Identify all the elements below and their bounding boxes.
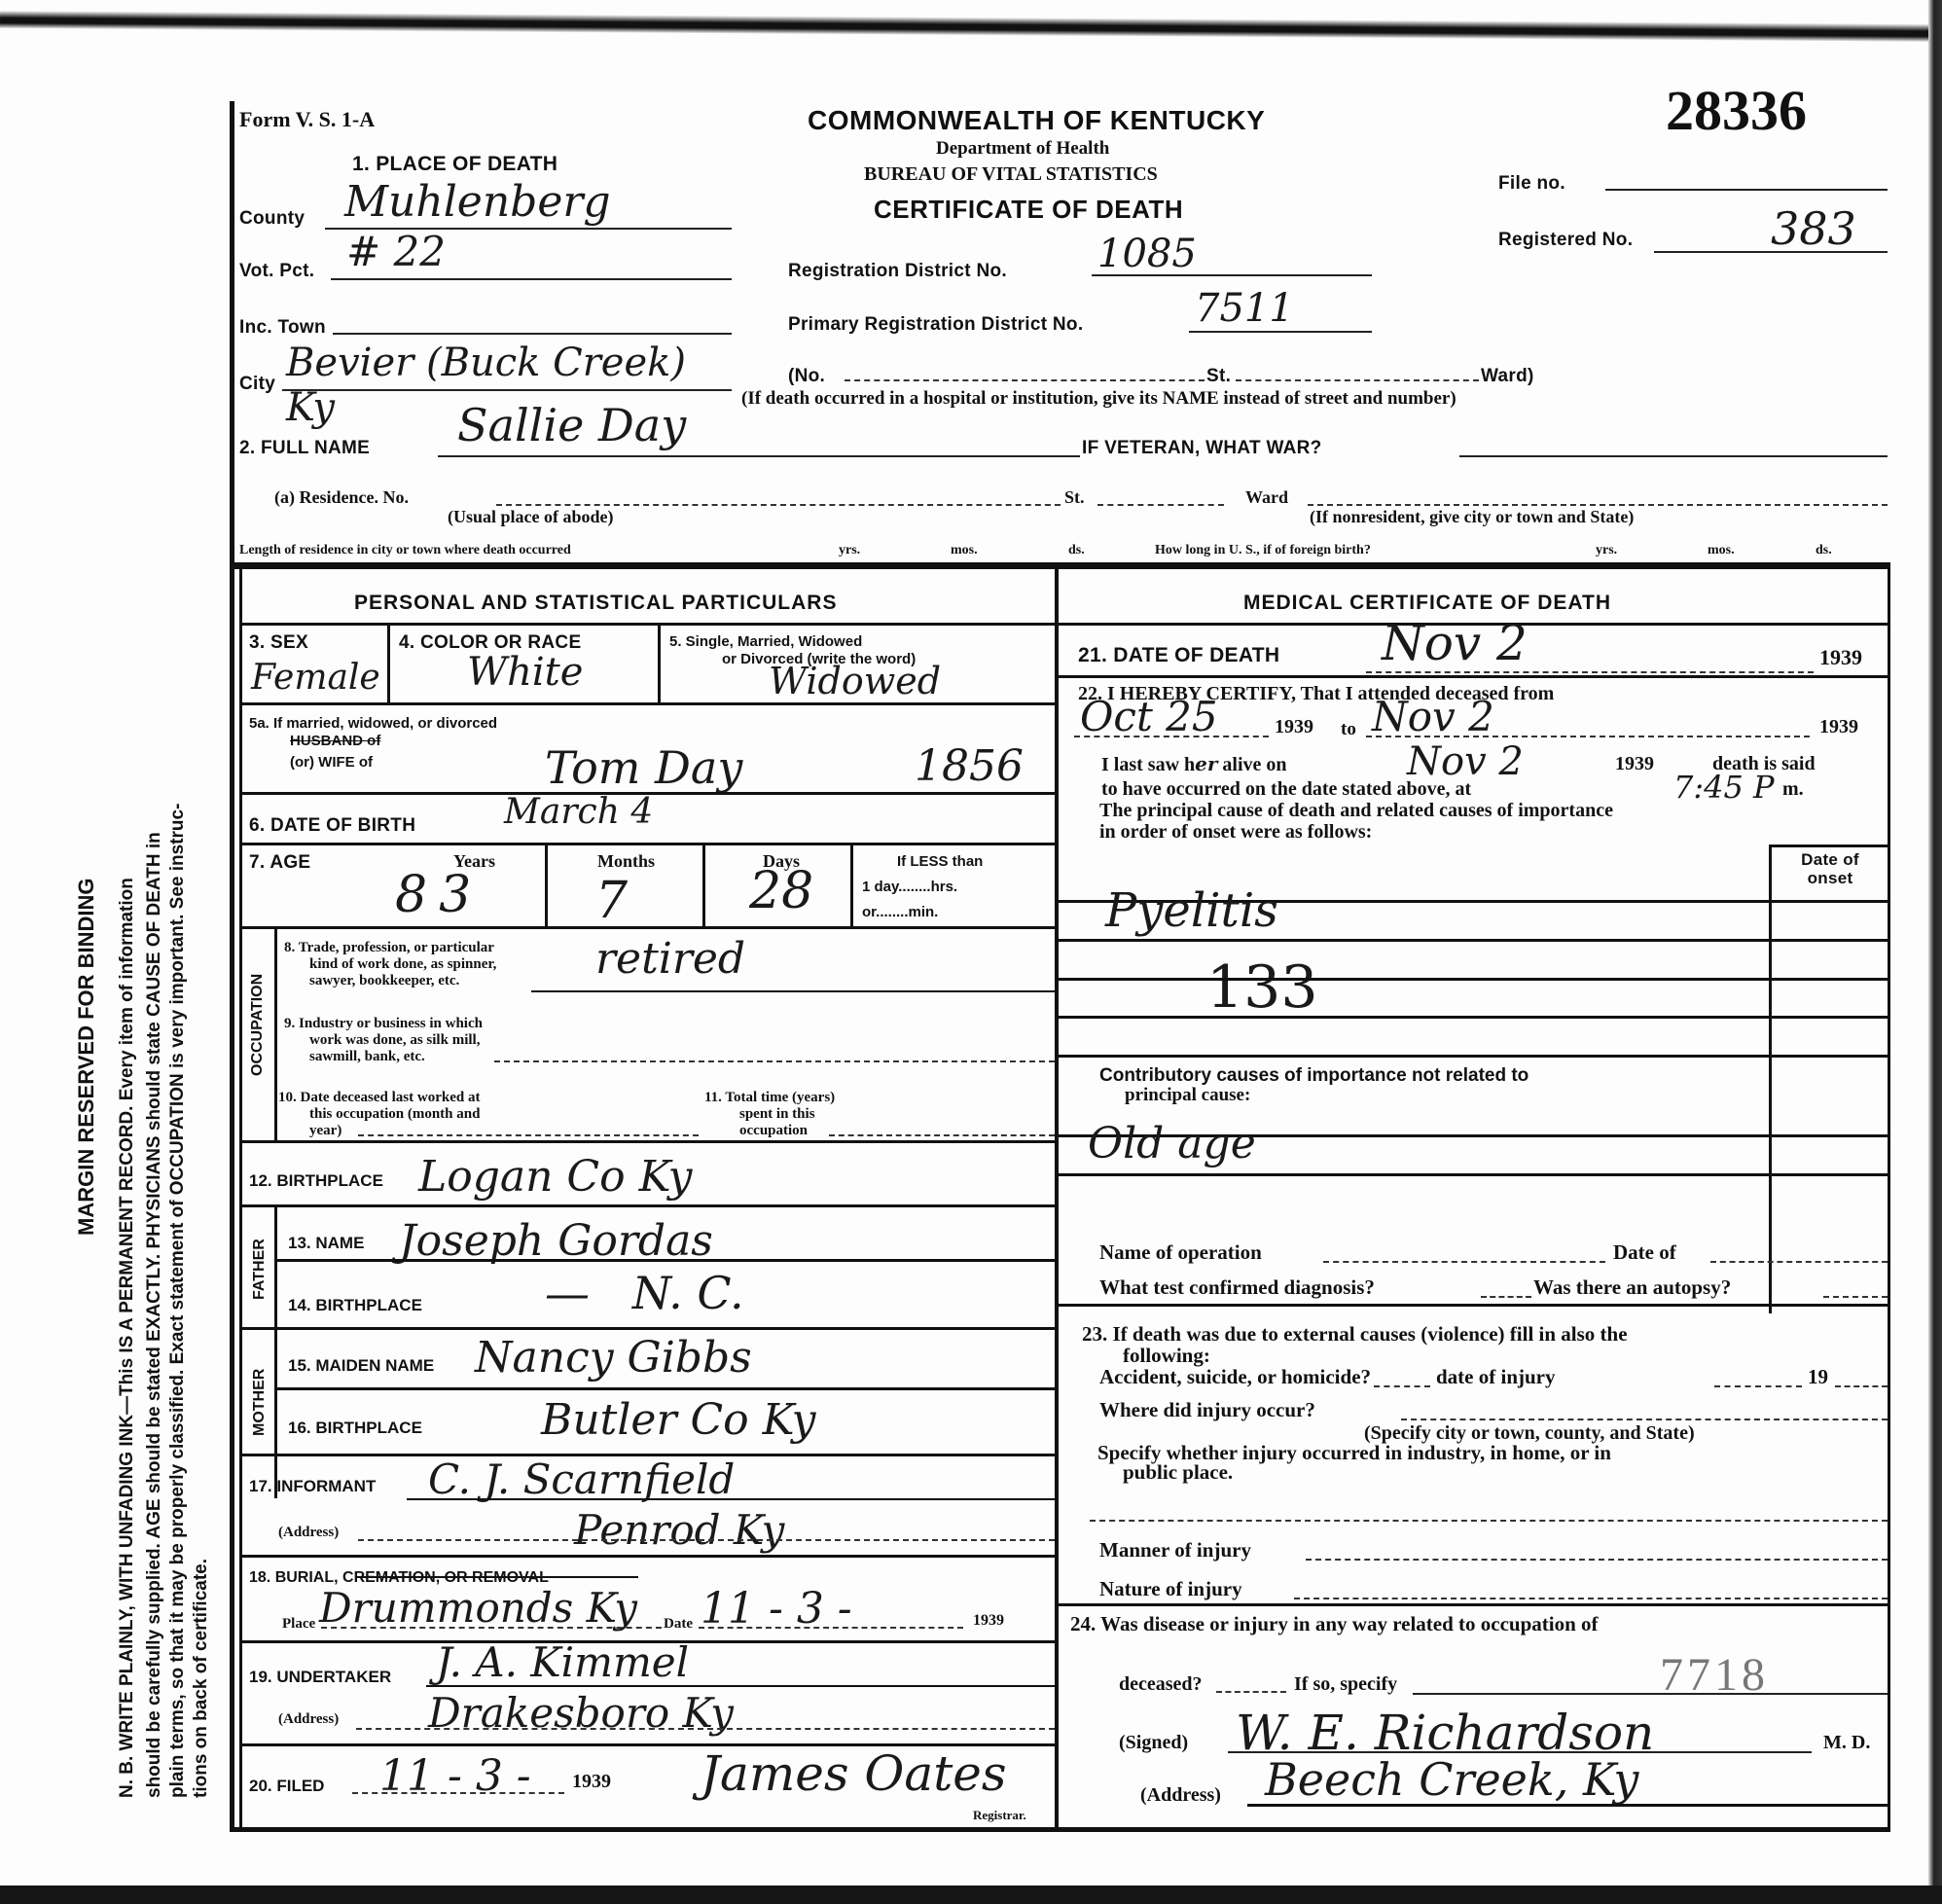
industry-label-2: work was done, as silk mill, — [309, 1032, 480, 1048]
accident-field[interactable] — [1374, 1385, 1430, 1387]
margin-binding-note: MARGIN RESERVED FOR BINDING — [74, 878, 99, 1236]
marital-label-1: 5. Single, Married, Widowed — [669, 632, 862, 651]
physician-address-label: (Address) — [1140, 1786, 1221, 1805]
state-title: COMMONWEALTH OF KENTUCKY — [808, 105, 1265, 136]
cause-intro-2: in order of onset were as follows: — [1099, 823, 1372, 842]
scan-edge-bottom — [0, 1886, 1942, 1904]
external-causes-label-2: following: — [1123, 1347, 1210, 1365]
date-of-death-year[interactable]: 1939 — [1819, 648, 1862, 666]
rule-trade — [531, 990, 1055, 992]
age-days-value[interactable]: 28 — [749, 862, 813, 920]
burial-place-label: Place — [282, 1615, 315, 1634]
filed-label: 20. FILED — [249, 1777, 324, 1795]
specify-injury-label-2: public place. — [1123, 1463, 1233, 1482]
time-of-death-value[interactable]: 7:45 P — [1673, 769, 1775, 806]
injury-year-prefix: 19 — [1808, 1368, 1828, 1386]
total-time-label-1: 11. Total time (years) — [704, 1090, 835, 1105]
rule-undertaker — [426, 1685, 1055, 1687]
rule-occupation-bottom — [239, 1140, 1055, 1143]
last-saw-alive-on: alive on — [1222, 754, 1286, 775]
occupation-related-label-1: 24. Was disease or injury in any way rel… — [1070, 1615, 1599, 1634]
rule-sex-race — [387, 623, 390, 704]
rule-row-13 — [274, 1259, 1055, 1262]
filed-date-line — [352, 1792, 564, 1794]
undertaker-value[interactable]: J. A. Kimmel — [436, 1638, 689, 1686]
injury-date-label: date of injury — [1436, 1368, 1556, 1386]
street-number-field[interactable] — [845, 379, 1205, 381]
total-time-field[interactable] — [829, 1134, 1055, 1136]
rule-row-3 — [239, 702, 1055, 705]
last-saw-prefix: I last saw h — [1101, 754, 1195, 775]
operation-field[interactable] — [1323, 1261, 1605, 1263]
spouse-label-3: (or) WIFE of — [290, 753, 373, 772]
nature-of-injury-label: Nature of injury — [1099, 1580, 1242, 1599]
attended-from-line — [1074, 736, 1269, 737]
test-confirmed-field[interactable] — [1481, 1296, 1531, 1298]
stamp-number: 28336 — [1666, 78, 1807, 143]
registration-district-label: Registration District No. — [788, 261, 1007, 282]
file-no-label: File no. — [1498, 173, 1565, 195]
signed-label: (Signed) — [1119, 1734, 1188, 1752]
less-than-label-1: If LESS than — [897, 852, 983, 871]
registrar-label: Registrar. — [973, 1806, 1026, 1824]
informant-label: 17. INFORMANT — [249, 1477, 376, 1495]
sex-label: 3. SEX — [249, 632, 308, 654]
undertaker-address-label: (Address) — [278, 1710, 339, 1729]
attended-to-year[interactable]: 1939 — [1819, 718, 1858, 736]
months-label: Months — [597, 852, 655, 871]
spouse-label-2: HUSBAND of — [290, 732, 380, 750]
rule-row-14 — [239, 1327, 1055, 1330]
contributory-label-1: Contributory causes of importance not re… — [1099, 1066, 1528, 1085]
rule-race-marital — [658, 623, 661, 704]
cause-line-2 — [1058, 939, 1888, 942]
ward-label: Ward) — [1481, 366, 1534, 387]
margin-instructions-line-2: should be carefully supplied. AGE should… — [144, 832, 165, 1798]
contributory-value[interactable]: Old age — [1088, 1119, 1256, 1168]
contributory-label-2: principal cause: — [1125, 1086, 1250, 1104]
bureau-name: BUREAU OF VITAL STATISTICS — [864, 163, 1158, 186]
physician-address-value[interactable]: Beech Creek, Ky — [1265, 1753, 1638, 1806]
rule-row-23 — [1058, 1603, 1888, 1606]
marital-value[interactable]: Widowed — [769, 660, 941, 702]
cause-code-value[interactable]: 133 — [1206, 953, 1318, 1022]
filed-year-value[interactable]: 1939 — [572, 1773, 611, 1791]
margin-instructions-line-1: N. B. WRITE PLAINLY, WITH UNFADING INK—T… — [117, 878, 138, 1798]
rule-row-22 — [1058, 1304, 1888, 1307]
margin-instructions-line-3: plain terms, so that it may be properly … — [167, 804, 189, 1798]
md-label: M. D. — [1823, 1734, 1870, 1752]
frame-left-outer — [230, 101, 234, 1831]
medical-section-title: MEDICAL CERTIFICATE OF DEATH — [1243, 592, 1611, 615]
manner-of-injury-field[interactable] — [1306, 1559, 1888, 1561]
industry-label-3: sawmill, bank, etc. — [309, 1049, 425, 1064]
total-time-label-3: occupation — [739, 1123, 808, 1138]
father-birthplace-label: 14. BIRTHPLACE — [288, 1296, 422, 1314]
occupation-related-field[interactable] — [1216, 1691, 1286, 1693]
trade-label-2: kind of work done, as spinner, — [309, 956, 496, 972]
incorporated-town-field[interactable] — [333, 315, 732, 335]
date-of-birth-label: 6. DATE OF BIRTH — [249, 815, 415, 837]
rule-row-6 — [239, 843, 1055, 845]
certificate-title: CERTIFICATE OF DEATH — [874, 195, 1183, 225]
main-table-top-rule — [230, 562, 1890, 569]
us-yrs-label: yrs. — [1596, 541, 1617, 559]
center-divider — [1055, 564, 1059, 1829]
occupation-side-label: OCCUPATION — [249, 974, 267, 1076]
nonresident-note: (If nonresident, give city or town and S… — [1310, 508, 1634, 526]
county-label: County — [239, 208, 305, 230]
total-time-label-2: spent in this — [739, 1106, 815, 1122]
attended-from-year[interactable]: 1939 — [1275, 718, 1313, 736]
street-field[interactable] — [1236, 379, 1479, 381]
age-label: 7. AGE — [249, 852, 310, 874]
veteran-label: IF VETERAN, WHAT WAR? — [1082, 438, 1322, 459]
last-saw-pronoun[interactable]: er — [1195, 752, 1217, 775]
occurred-label: to have occurred on the date stated abov… — [1101, 780, 1471, 799]
principal-cause-value[interactable]: Pyelitis — [1105, 883, 1278, 938]
county-field[interactable]: Muhlenberg — [325, 181, 732, 230]
rule-months-days — [702, 843, 705, 928]
father-birthplace-value[interactable]: — N. C. — [545, 1267, 744, 1319]
burial-place-line — [321, 1627, 662, 1629]
operation-label: Name of operation — [1099, 1243, 1262, 1262]
where-injury-label: Where did injury occur? — [1099, 1401, 1315, 1419]
cause-line-3 — [1058, 978, 1888, 981]
rule-years-months — [545, 843, 548, 928]
full-name-label: 2. FULL NAME — [239, 438, 370, 459]
father-name-label: 13. NAME — [288, 1234, 364, 1252]
frame-right — [1888, 564, 1890, 1831]
if-so-specify-label: If so, specify — [1294, 1675, 1397, 1694]
rule-row-7 — [239, 926, 1055, 929]
residence-label: (a) Residence. No. — [274, 488, 409, 507]
personal-section-title: PERSONAL AND STATISTICAL PARTICULARS — [354, 592, 837, 615]
veteran-field[interactable] — [1459, 455, 1888, 457]
trade-value[interactable]: retired — [595, 934, 745, 984]
operation-date-label: Date of — [1613, 1243, 1676, 1262]
age-years-value[interactable]: 83 — [395, 866, 483, 924]
code-stamp: 7718 — [1660, 1648, 1769, 1702]
mother-birthplace-label: 16. BIRTHPLACE — [288, 1419, 422, 1437]
incorporated-town-label: Inc. Town — [239, 317, 326, 339]
residence-sublabel: (Usual place of abode) — [448, 508, 614, 526]
us-mos-label: mos. — [1708, 541, 1735, 559]
injury-date-field[interactable] — [1714, 1385, 1802, 1387]
contributory-line-2 — [1058, 1173, 1888, 1176]
place-of-death-section-label: 1. PLACE OF DEATH — [352, 153, 557, 176]
cause-line-5 — [1058, 1055, 1888, 1058]
rule-days-less — [850, 843, 853, 928]
informant-address-label: (Address) — [278, 1524, 339, 1542]
burial-date-label: Date — [664, 1615, 693, 1634]
informant-address-line — [358, 1539, 1055, 1541]
registered-no-field[interactable]: 383 — [1654, 202, 1888, 253]
scan-edge-top — [0, 11, 1942, 42]
occupation-related-label-2: deceased? — [1119, 1675, 1203, 1694]
nature-of-injury-field[interactable] — [1294, 1598, 1888, 1599]
where-injury-field[interactable] — [1401, 1419, 1888, 1420]
industry-label-1: 9. Industry or business in which — [284, 1016, 483, 1031]
date-of-death-value[interactable]: Nov 2 — [1382, 615, 1528, 671]
mother-name-label: 15. MAIDEN NAME — [288, 1356, 434, 1375]
residence-ward-field[interactable] — [1308, 504, 1888, 506]
hospital-note: (If death occurred in a hospital or inst… — [741, 389, 1456, 408]
undertaker-address-line — [356, 1728, 1055, 1730]
race-value[interactable]: White — [467, 650, 583, 695]
trade-label-3: sawyer, bookkeeper, etc. — [309, 973, 459, 988]
us-residence-label: How long in U. S., if of foreign birth? — [1155, 541, 1371, 559]
informant-value[interactable]: C. J. Scarnfield — [428, 1455, 735, 1503]
informant-address-value[interactable]: Penrod Ky — [574, 1506, 784, 1554]
less-than-label-2: 1 day........hrs. — [862, 878, 957, 896]
birthplace-label: 12. BIRTHPLACE — [249, 1171, 383, 1190]
file-no-field[interactable] — [1605, 189, 1888, 191]
cause-line-4 — [1058, 1016, 1888, 1019]
last-saw-label: I last saw her alive on — [1101, 755, 1287, 774]
last-worked-label-1: 10. Date deceased last worked at — [278, 1090, 480, 1105]
form-id: Form V. S. 1-A — [239, 107, 375, 132]
injury-year-field[interactable] — [1835, 1385, 1888, 1387]
mother-name-value[interactable]: Nancy Gibbs — [475, 1333, 752, 1383]
attended-to-value[interactable]: Nov 2 — [1372, 693, 1494, 740]
last-worked-label-3: year) — [309, 1123, 342, 1138]
street-number-label: (No. — [788, 366, 825, 387]
industry-field[interactable] — [494, 1060, 1055, 1062]
residence-street-label: St. — [1064, 488, 1085, 507]
attended-to-line — [1366, 736, 1810, 737]
time-m-label: m. — [1782, 780, 1804, 799]
residence-number-field[interactable] — [496, 504, 1061, 506]
operation-date-field[interactable] — [1710, 1261, 1888, 1263]
test-confirmed-label: What test confirmed diagnosis? — [1099, 1278, 1375, 1297]
last-saw-year[interactable]: 1939 — [1615, 755, 1654, 773]
birthplace-value[interactable]: Logan Co Ky — [418, 1152, 693, 1202]
spouse-label-1: 5a. If married, widowed, or divorced — [249, 714, 497, 733]
rule-personal-title — [239, 623, 1055, 626]
rule-row-17 — [239, 1555, 1055, 1558]
voting-precinct-label: Vot. Pct. — [239, 261, 314, 282]
city-label: City — [239, 374, 275, 395]
voting-precinct-field[interactable]: # 22 — [331, 237, 732, 280]
street-label: St. — [1206, 366, 1231, 387]
last-worked-label-2: this occupation (month and — [309, 1106, 480, 1122]
rule-row-21 — [1058, 675, 1888, 678]
autopsy-label: Was there an autopsy? — [1533, 1278, 1731, 1297]
cause-intro-1: The principal cause of death and related… — [1099, 802, 1613, 820]
primary-registration-district-field[interactable]: 7511 — [1189, 294, 1372, 333]
scan-edge-right — [1928, 0, 1942, 1904]
rule-informant — [407, 1498, 1055, 1500]
city-field[interactable]: Bevier (Buck Creek) Ky — [282, 344, 732, 391]
primary-registration-district-label: Primary Registration District No. — [788, 314, 1083, 336]
if-so-specify-field[interactable]: 7718 — [1413, 1654, 1888, 1695]
onset-column-divider — [1769, 846, 1772, 1313]
rule-row-15 — [274, 1387, 1055, 1390]
frame-bottom — [230, 1827, 1890, 1832]
last-worked-field[interactable] — [358, 1134, 699, 1136]
burial-date-line — [699, 1627, 963, 1629]
residence-ward-label: Ward — [1245, 488, 1288, 507]
residence-yrs-label: yrs. — [839, 541, 860, 559]
length-of-residence-label: Length of residence in city or town wher… — [239, 541, 571, 559]
physician-address-line — [1247, 1804, 1888, 1807]
burial-place-value[interactable]: Drummonds Ky — [319, 1584, 637, 1632]
residence-street-field[interactable] — [1097, 504, 1224, 506]
onset-column-top — [1769, 844, 1888, 847]
full-name-field[interactable]: Sallie Day — [438, 409, 1080, 457]
registration-district-field[interactable]: 1085 — [1092, 232, 1372, 276]
us-ds-label: ds. — [1816, 541, 1832, 559]
specify-injury-field[interactable] — [1090, 1520, 1888, 1522]
autopsy-field[interactable] — [1823, 1296, 1888, 1298]
spouse-year-value[interactable]: 1856 — [915, 741, 1024, 791]
registrar-signature[interactable]: James Oates — [701, 1745, 1007, 1802]
department-name: Department of Health — [936, 138, 1109, 160]
margin-instructions-line-4: tions on back of certificate. — [191, 1559, 212, 1798]
attended-from-value[interactable]: Oct 25 — [1080, 693, 1218, 740]
accident-label: Accident, suicide, or homicide? — [1099, 1368, 1371, 1386]
spouse-name-value[interactable]: Tom Day — [545, 741, 742, 794]
onset-header: Date of onset — [1777, 850, 1884, 887]
registered-no-label: Registered No. — [1498, 230, 1633, 251]
sex-value[interactable]: Female — [251, 658, 380, 698]
date-of-birth-value[interactable]: March 4 — [504, 792, 653, 832]
age-months-value[interactable]: 7 — [595, 872, 628, 930]
less-than-label-3: or........min. — [862, 903, 938, 921]
trade-label-1: 8. Trade, profession, or particular — [284, 940, 494, 955]
date-of-death-line — [1366, 671, 1814, 673]
attended-to-label: to — [1341, 720, 1356, 738]
mother-side-label: MOTHER — [251, 1369, 269, 1436]
manner-of-injury-label: Manner of injury — [1099, 1541, 1251, 1560]
rule-row-12 — [239, 1204, 1055, 1207]
father-side-label: FATHER — [251, 1239, 269, 1300]
residence-ds-label: ds. — [1068, 541, 1085, 559]
burial-year-value[interactable]: 1939 — [973, 1611, 1004, 1630]
residence-mos-label: mos. — [951, 541, 978, 559]
rule-occupation-side — [274, 926, 277, 1140]
mother-birthplace-value[interactable]: Butler Co Ky — [541, 1395, 816, 1445]
date-of-death-label: 21. DATE OF DEATH — [1078, 644, 1279, 667]
external-causes-label-1: 23. If death was due to external causes … — [1082, 1325, 1628, 1344]
undertaker-label: 19. UNDERTAKER — [249, 1668, 391, 1686]
burial-strikethrough — [356, 1576, 638, 1578]
